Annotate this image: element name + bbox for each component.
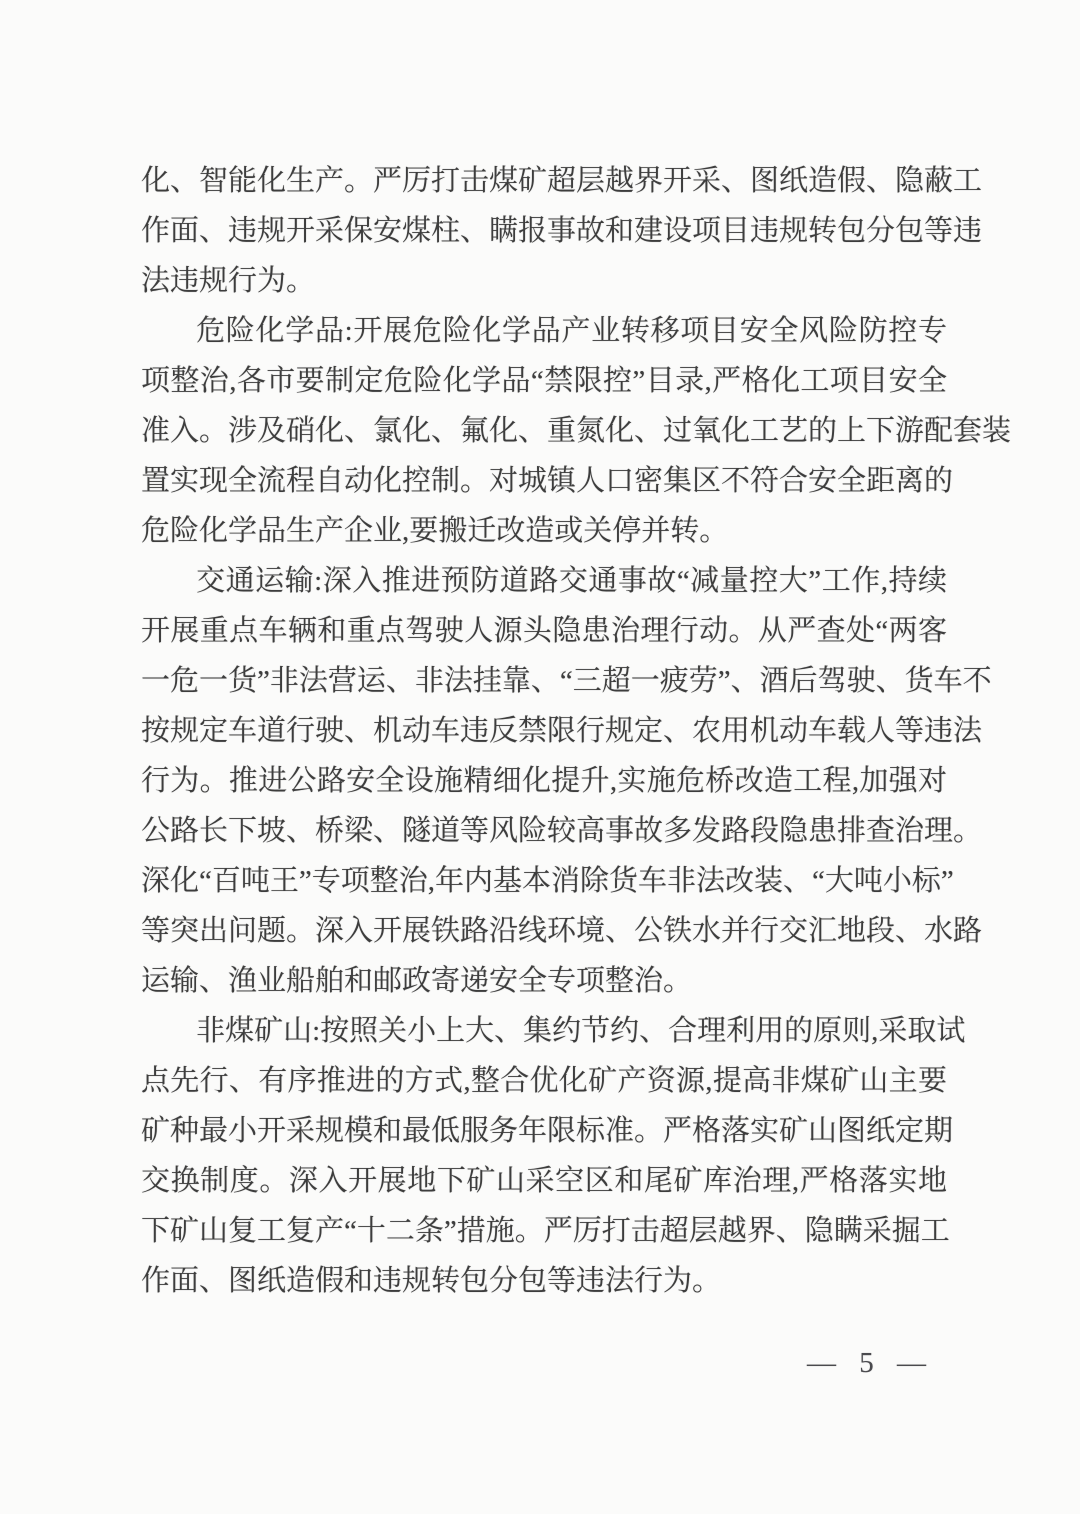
text-line: 行为。推进公路安全设施精细化提升,实施危桥改造工程,加强对 bbox=[141, 756, 947, 806]
text-line: 交换制度。深入开展地下矿山采空区和尾矿库治理,严格落实地 bbox=[141, 1156, 947, 1206]
document-page: 化、智能化生产。严厉打击煤矿超层越界开采、图纸造假、隐蔽工 作面、违规开采保安煤… bbox=[0, 0, 1080, 1514]
text-line: 公路长下坡、桥梁、隧道等风险较高事故多发路段隐患排查治理。 bbox=[141, 806, 947, 856]
paragraph-hazardous-chemicals: 危险化学品:开展危险化学品产业转移项目安全风险防控专 项整治,各市要制定危险化学… bbox=[141, 306, 947, 556]
text-line: 深化“百吨王”专项整治,年内基本消除货车非法改装、“大吨小标” bbox=[141, 856, 947, 906]
text-line: 按规定车道行驶、机动车违反禁限行规定、农用机动车载人等违法 bbox=[141, 706, 947, 756]
text-line: 危险化学品生产企业,要搬迁改造或关停并转。 bbox=[141, 506, 947, 556]
paragraph-transportation: 交通运输:深入推进预防道路交通事故“减量控大”工作,持续 开展重点车辆和重点驾驶… bbox=[141, 556, 947, 1006]
page-number: — 5 — bbox=[807, 1338, 928, 1388]
text-line: 等突出问题。深入开展铁路沿线环境、公铁水并行交汇地段、水路 bbox=[141, 906, 947, 956]
text-line: 交通运输:深入推进预防道路交通事故“减量控大”工作,持续 bbox=[141, 556, 947, 606]
text-line: 矿种最小开采规模和最低服务年限标准。严格落实矿山图纸定期 bbox=[141, 1106, 947, 1156]
text-line: 开展重点车辆和重点驾驶人源头隐患治理行动。从严查处“两客 bbox=[141, 606, 947, 656]
text-line: 置实现全流程自动化控制。对城镇人口密集区不符合安全距离的 bbox=[141, 456, 947, 506]
text-line: 项整治,各市要制定危险化学品“禁限控”目录,严格化工项目安全 bbox=[141, 356, 947, 406]
text-line: 作面、违规开采保安煤柱、瞒报事故和建设项目违规转包分包等违 bbox=[141, 206, 947, 256]
text-line: 点先行、有序推进的方式,整合优化矿产资源,提高非煤矿山主要 bbox=[141, 1056, 947, 1106]
paragraph-coal-mine-enforcement: 化、智能化生产。严厉打击煤矿超层越界开采、图纸造假、隐蔽工 作面、违规开采保安煤… bbox=[141, 156, 947, 306]
text-line: 准入。涉及硝化、氯化、氟化、重氮化、过氧化工艺的上下游配套装 bbox=[141, 406, 947, 456]
text-line: 非煤矿山:按照关小上大、集约节约、合理利用的原则,采取试 bbox=[141, 1006, 947, 1056]
text-line: 法违规行为。 bbox=[141, 256, 947, 306]
text-line: 危险化学品:开展危险化学品产业转移项目安全风险防控专 bbox=[141, 306, 947, 356]
text-line: 运输、渔业船舶和邮政寄递安全专项整治。 bbox=[141, 956, 947, 1006]
text-line: 作面、图纸造假和违规转包分包等违法行为。 bbox=[141, 1256, 947, 1306]
document-text-block: 化、智能化生产。严厉打击煤矿超层越界开采、图纸造假、隐蔽工 作面、违规开采保安煤… bbox=[141, 156, 947, 1306]
text-line: 化、智能化生产。严厉打击煤矿超层越界开采、图纸造假、隐蔽工 bbox=[141, 156, 947, 206]
text-line: 下矿山复工复产“十二条”措施。严厉打击超层越界、隐瞒采掘工 bbox=[141, 1206, 947, 1256]
paragraph-non-coal-mines: 非煤矿山:按照关小上大、集约节约、合理利用的原则,采取试 点先行、有序推进的方式… bbox=[141, 1006, 947, 1306]
text-line: 一危一货”非法营运、非法挂靠、“三超一疲劳”、酒后驾驶、货车不 bbox=[141, 656, 947, 706]
